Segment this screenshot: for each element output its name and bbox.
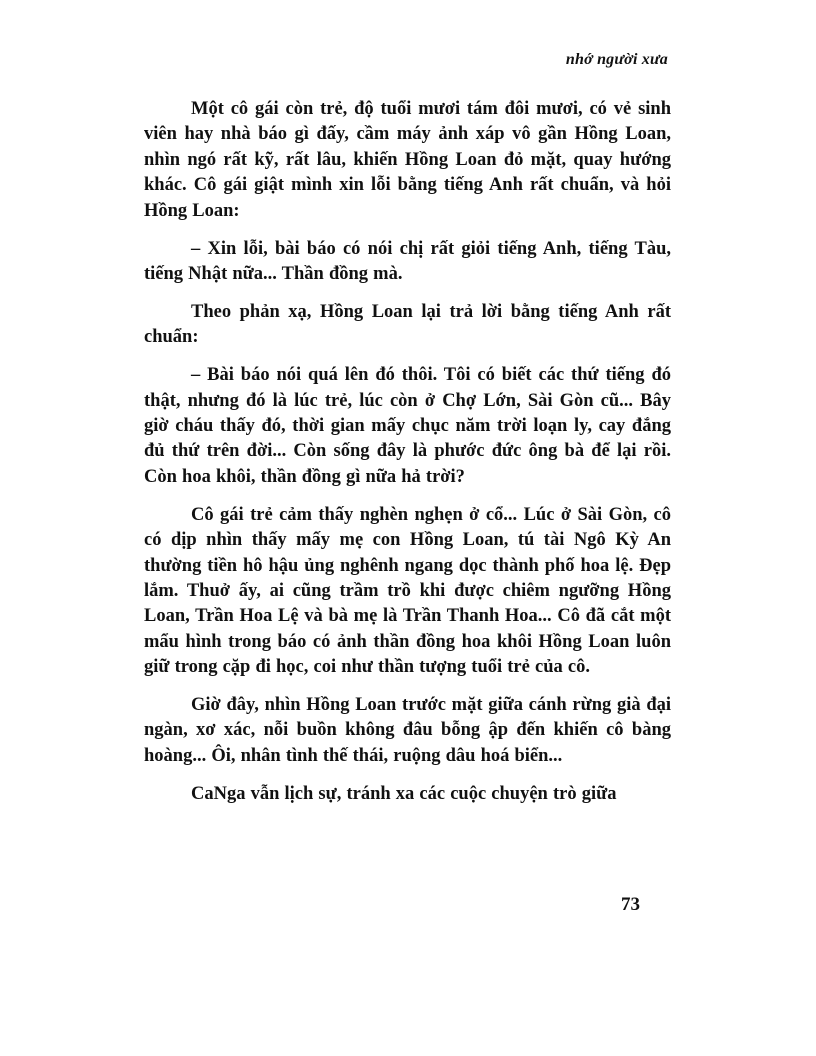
paragraph: – Bài báo nói quá lên đó thôi. Tôi có bi… xyxy=(144,363,671,490)
running-header: nhớ người xưa xyxy=(566,51,668,69)
paragraph: Theo phản xạ, Hồng Loan lại trả lời bằng… xyxy=(144,300,671,351)
body-text: Một cô gái còn trẻ, độ tuổi mươi tám đôi… xyxy=(144,97,671,820)
paragraph: CaNga vẫn lịch sự, tránh xa các cuộc chu… xyxy=(144,782,671,807)
paragraph: Cô gái trẻ cảm thấy nghèn nghẹn ở cổ... … xyxy=(144,503,671,681)
page-number: 73 xyxy=(621,894,640,916)
paragraph: – Xin lỗi, bài báo có nói chị rất giỏi t… xyxy=(144,237,671,288)
paragraph: Một cô gái còn trẻ, độ tuổi mươi tám đôi… xyxy=(144,97,671,224)
paragraph: Giờ đây, nhìn Hồng Loan trước mặt giữa c… xyxy=(144,693,671,769)
